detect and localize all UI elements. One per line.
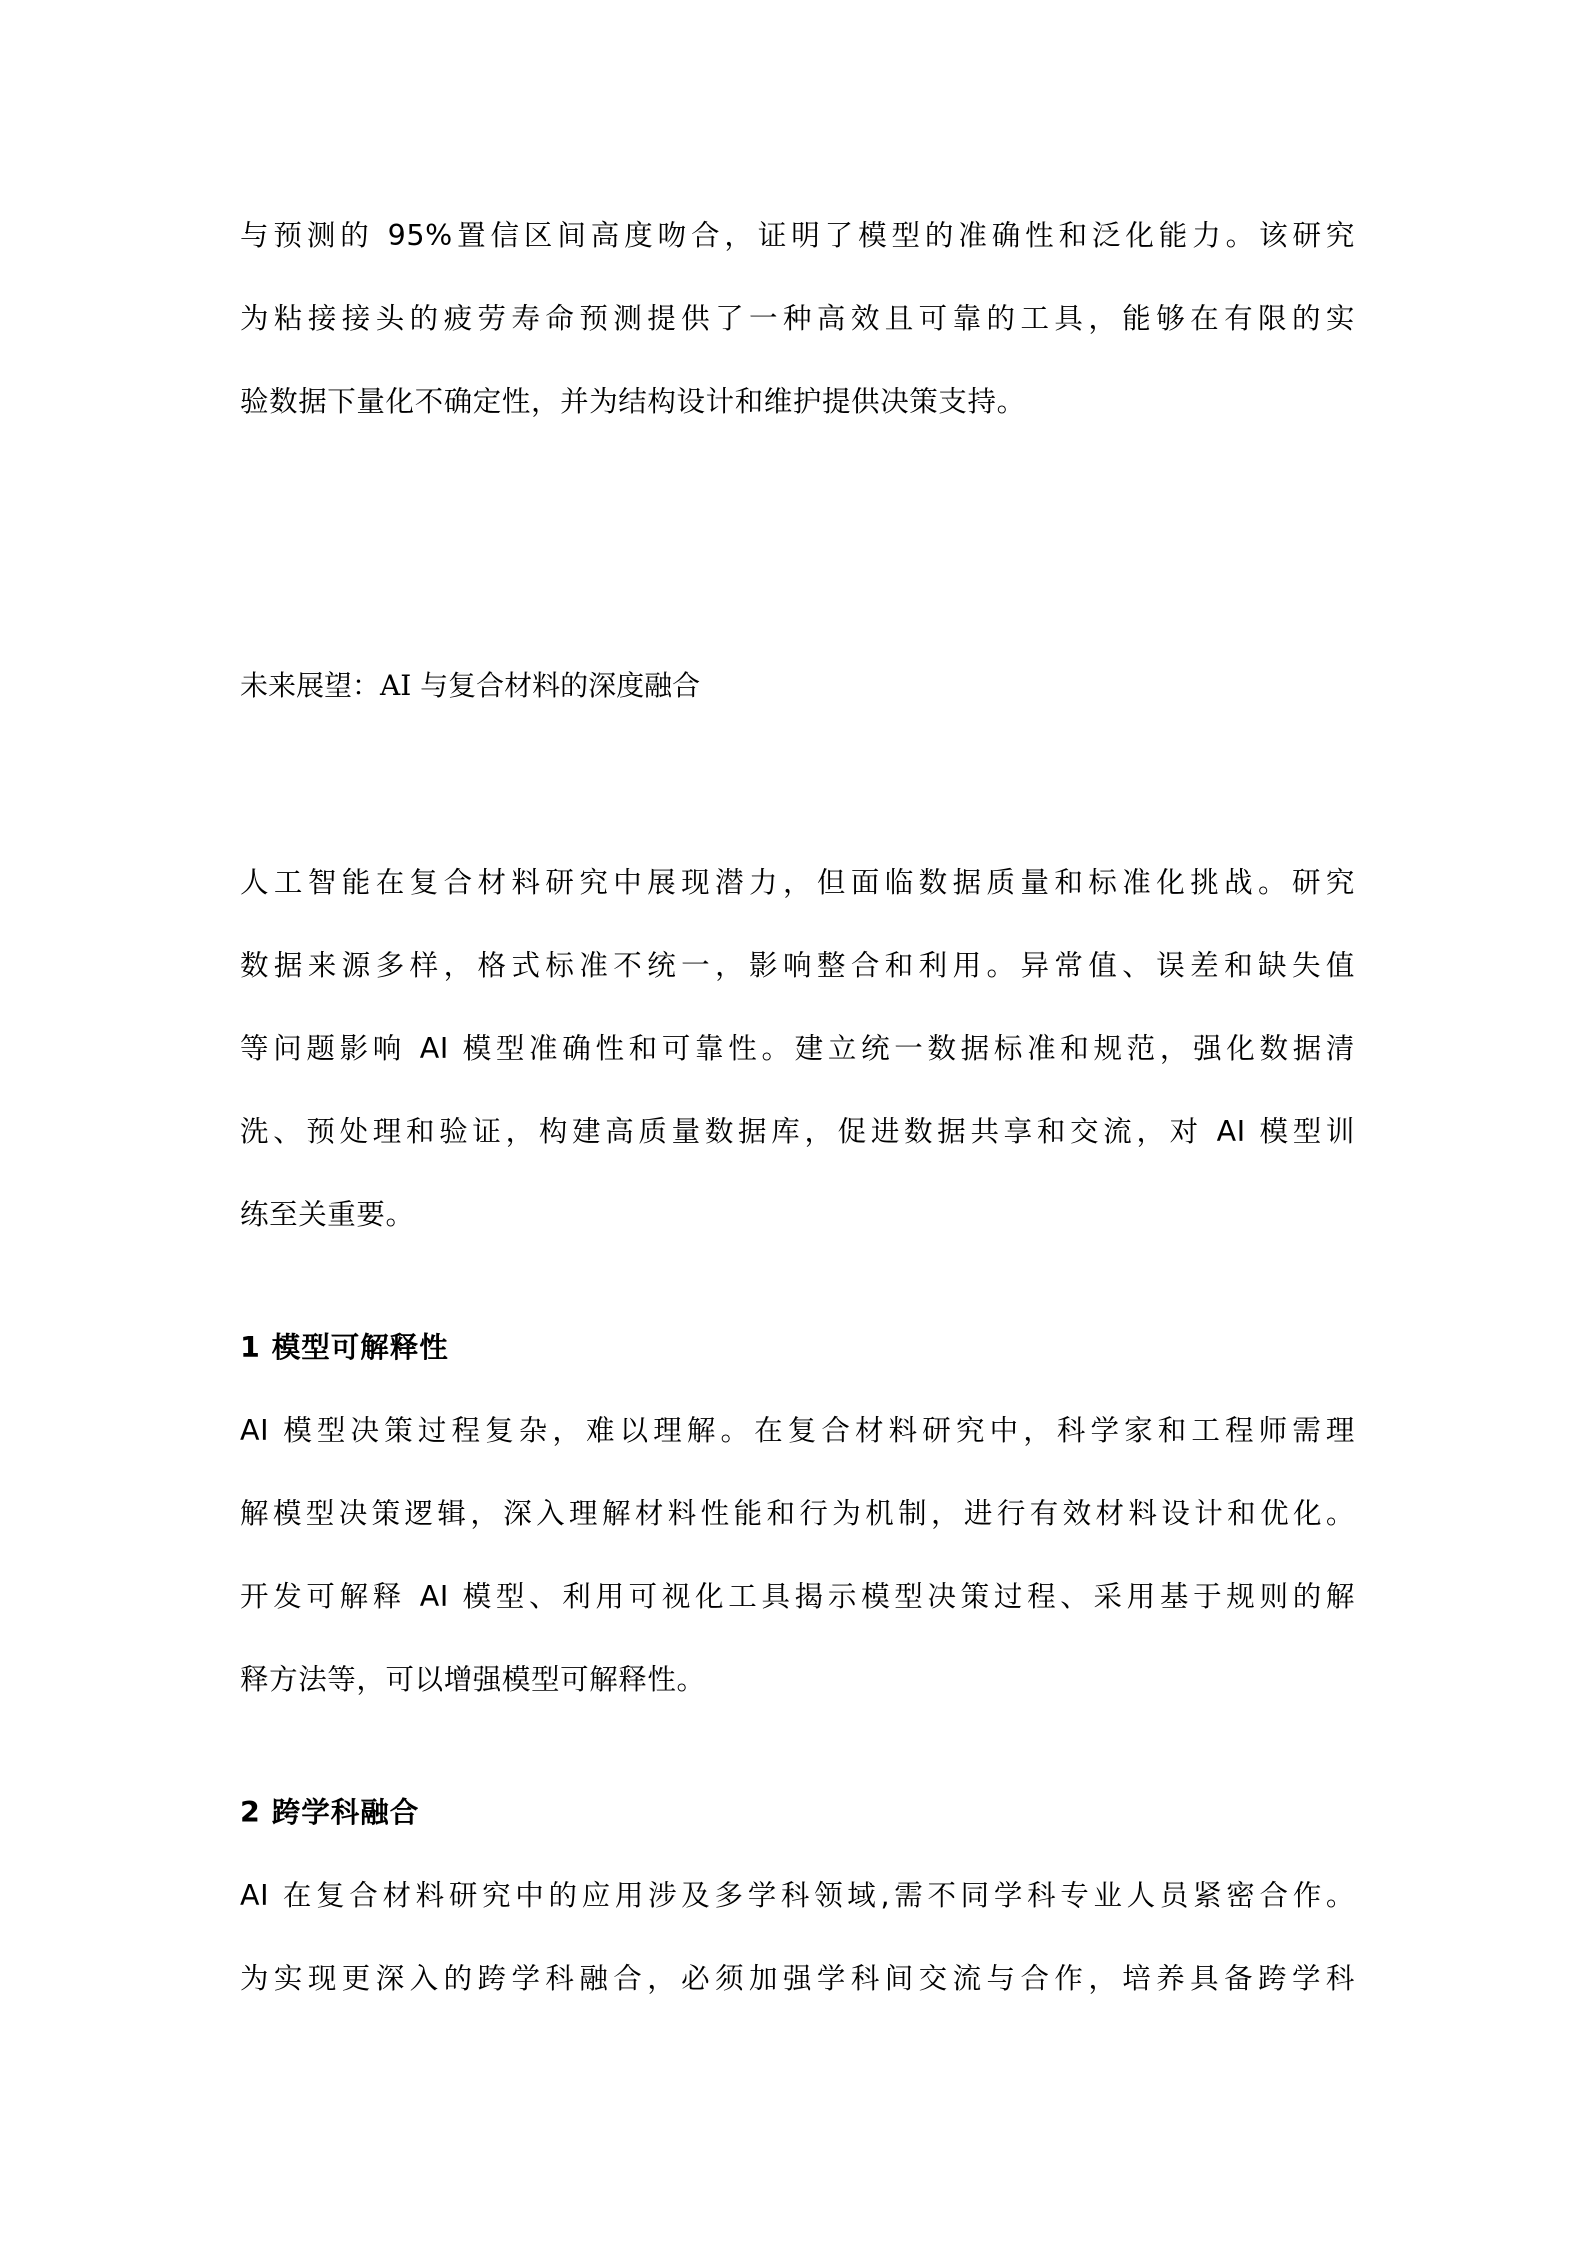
subsection-1-line-2: 解模型决策逻辑，深入理解材料性能和行为机制，进行有效材料设计和优化。 <box>240 1494 1355 1534</box>
subsection-1-line-3: 开发可解释 AI 模型、利用可视化工具揭示模型决策过程、采用基于规则的解 <box>240 1577 1355 1617</box>
paragraph-data-quality-line-2: 数据来源多样，格式标准不统一，影响整合和利用。异常值、误差和缺失值 <box>240 946 1355 986</box>
section-title: 未来展望：AI 与复合材料的深度融合 <box>240 666 700 706</box>
subsection-2-line-1: AI 在复合材料研究中的应用涉及多学科领域,需不同学科专业人员紧密合作。 <box>240 1876 1355 1916</box>
paragraph-data-quality-line-5: 练至关重要。 <box>240 1195 1355 1235</box>
subsection-2-line-2: 为实现更深入的跨学科融合，必须加强学科间交流与合作，培养具备跨学科 <box>240 1959 1355 1999</box>
paragraph-intro-line-3: 验数据下量化不确定性，并为结构设计和维护提供决策支持。 <box>240 382 1355 422</box>
paragraph-intro-line-1: 与预测的 95%置信区间高度吻合，证明了模型的准确性和泛化能力。该研究 <box>240 216 1355 256</box>
subsection-2-title: 2 跨学科融合 <box>240 1793 419 1833</box>
subsection-1-line-1: AI 模型决策过程复杂，难以理解。在复合材料研究中，科学家和工程师需理 <box>240 1411 1355 1451</box>
paragraph-data-quality-line-4: 洗、预处理和验证，构建高质量数据库，促进数据共享和交流，对 AI 模型训 <box>240 1112 1355 1152</box>
subsection-1-line-4: 释方法等，可以增强模型可解释性。 <box>240 1660 1355 1700</box>
paragraph-data-quality-line-3: 等问题影响 AI 模型准确性和可靠性。建立统一数据标准和规范，强化数据清 <box>240 1029 1355 1069</box>
paragraph-intro-line-2: 为粘接接头的疲劳寿命预测提供了一种高效且可靠的工具，能够在有限的实 <box>240 299 1355 339</box>
subsection-1-title: 1 模型可解释性 <box>240 1328 449 1368</box>
paragraph-data-quality-line-1: 人工智能在复合材料研究中展现潜力，但面临数据质量和标准化挑战。研究 <box>240 863 1355 903</box>
